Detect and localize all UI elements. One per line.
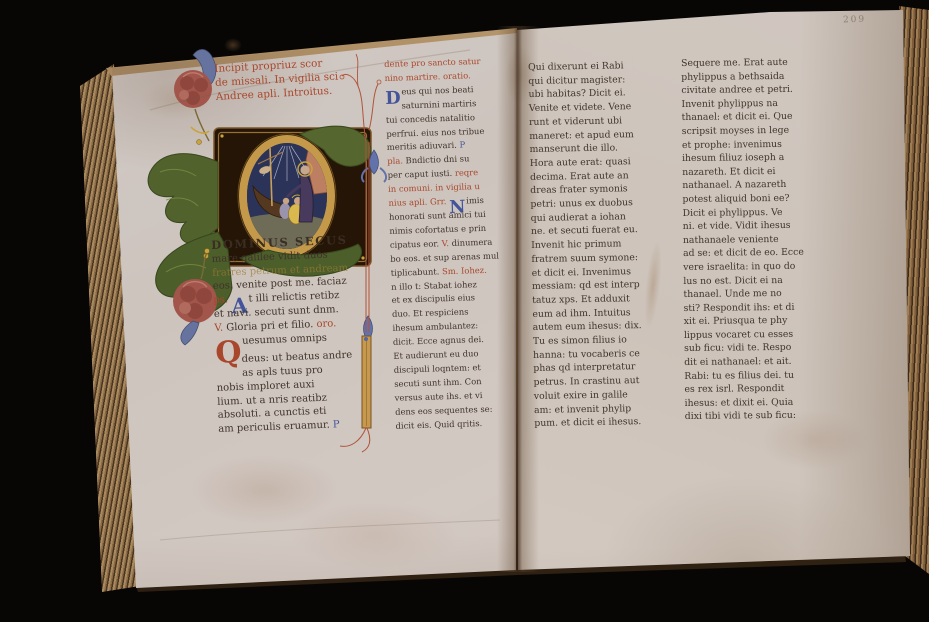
left-col2: dente pro sancto saturnino martire. orat… [384, 54, 508, 433]
parchment-stain [290, 500, 460, 570]
left-col1-lines: mare galilee vidit duosfratres petrum et… [212, 246, 391, 437]
folio-number: 209 [843, 15, 867, 26]
right-col1: Qui dixerunt ei Rabiqui dicitur magister… [528, 59, 676, 431]
left-col1-rubric: Incipit propriuz scorde missali. In vigi… [214, 53, 386, 104]
left-col1-body: DOMINUS SECUS mare galilee vidit duosfra… [211, 232, 390, 436]
right-col2: Sequere me. Erat autephylippus a bethsai… [681, 55, 829, 424]
text-line: dixi tibi vidi te sub ficu: [685, 409, 829, 424]
text-line: pum. et dicit ei ihesus. [534, 415, 676, 431]
gutter-fold-line [516, 30, 518, 570]
parchment-stain [224, 38, 242, 52]
manuscript-photo: 209 Incipit propriuz scorde missali. In … [0, 0, 929, 622]
parchment-stain [140, 80, 210, 120]
